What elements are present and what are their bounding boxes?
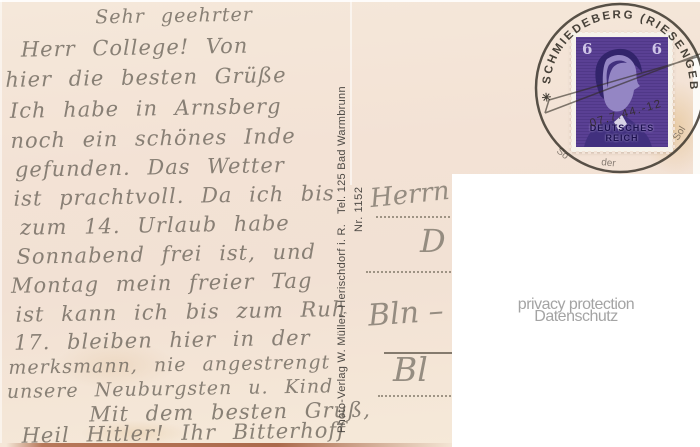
- scan-edge-top: [0, 0, 700, 2]
- message-line: zum 14. Urlaub habe: [20, 211, 290, 240]
- stamp-country-label: DEUTSCHES REICH: [576, 123, 668, 143]
- scan-edge-right: [693, 55, 700, 176]
- privacy-overlay: privacy protection Datenschutz: [452, 174, 700, 447]
- address-rule: [378, 395, 454, 397]
- card-bottom-edge: [6, 443, 458, 447]
- message-line: Montag mein freier Tag: [11, 269, 313, 298]
- handwritten-message: Sehr geehrter Herr College! Von hier die…: [0, 0, 368, 447]
- message-line: ist kann ich bis zum Ruh: [15, 297, 346, 327]
- address-rule: [366, 271, 454, 273]
- address-city: Bln –: [367, 293, 445, 333]
- privacy-text-de: Datenschutz: [534, 311, 617, 323]
- stamp-value-left: 6: [582, 40, 592, 58]
- card-number: Nr. 1152: [353, 186, 365, 232]
- address-rule: [384, 352, 454, 354]
- message-line: Sonnabend frei ist, und: [16, 240, 316, 269]
- message-line: Herr College! Von: [21, 34, 249, 62]
- message-line: hier die besten Grüße: [5, 63, 287, 92]
- stamp-value-right: 6: [652, 40, 662, 58]
- publisher-imprint: Photo-Verlag W. Müller, Herischdorf i. R…: [336, 86, 348, 433]
- postage-stamp: 6 6 DEUTSCHES REICH: [571, 32, 673, 152]
- message-line: Ich habe in Arnsberg: [10, 94, 282, 123]
- message-line: gefunden. Das Wetter: [15, 153, 285, 182]
- message-line: Sehr geehrter: [95, 4, 253, 29]
- message-line: merksmann, nie angestrengt: [8, 351, 330, 379]
- address-initial: D: [420, 222, 446, 260]
- message-line: noch ein schönes Inde: [10, 124, 296, 153]
- message-line: ist prachtvoll. Da ich bis: [13, 181, 335, 211]
- scan-edge-left: [0, 0, 2, 443]
- message-line: 17. bleiben hier in der: [14, 326, 311, 355]
- stamp-design: 6 6 DEUTSCHES REICH: [576, 37, 668, 147]
- address-rule: [376, 216, 454, 218]
- address-street: Bl: [393, 350, 428, 389]
